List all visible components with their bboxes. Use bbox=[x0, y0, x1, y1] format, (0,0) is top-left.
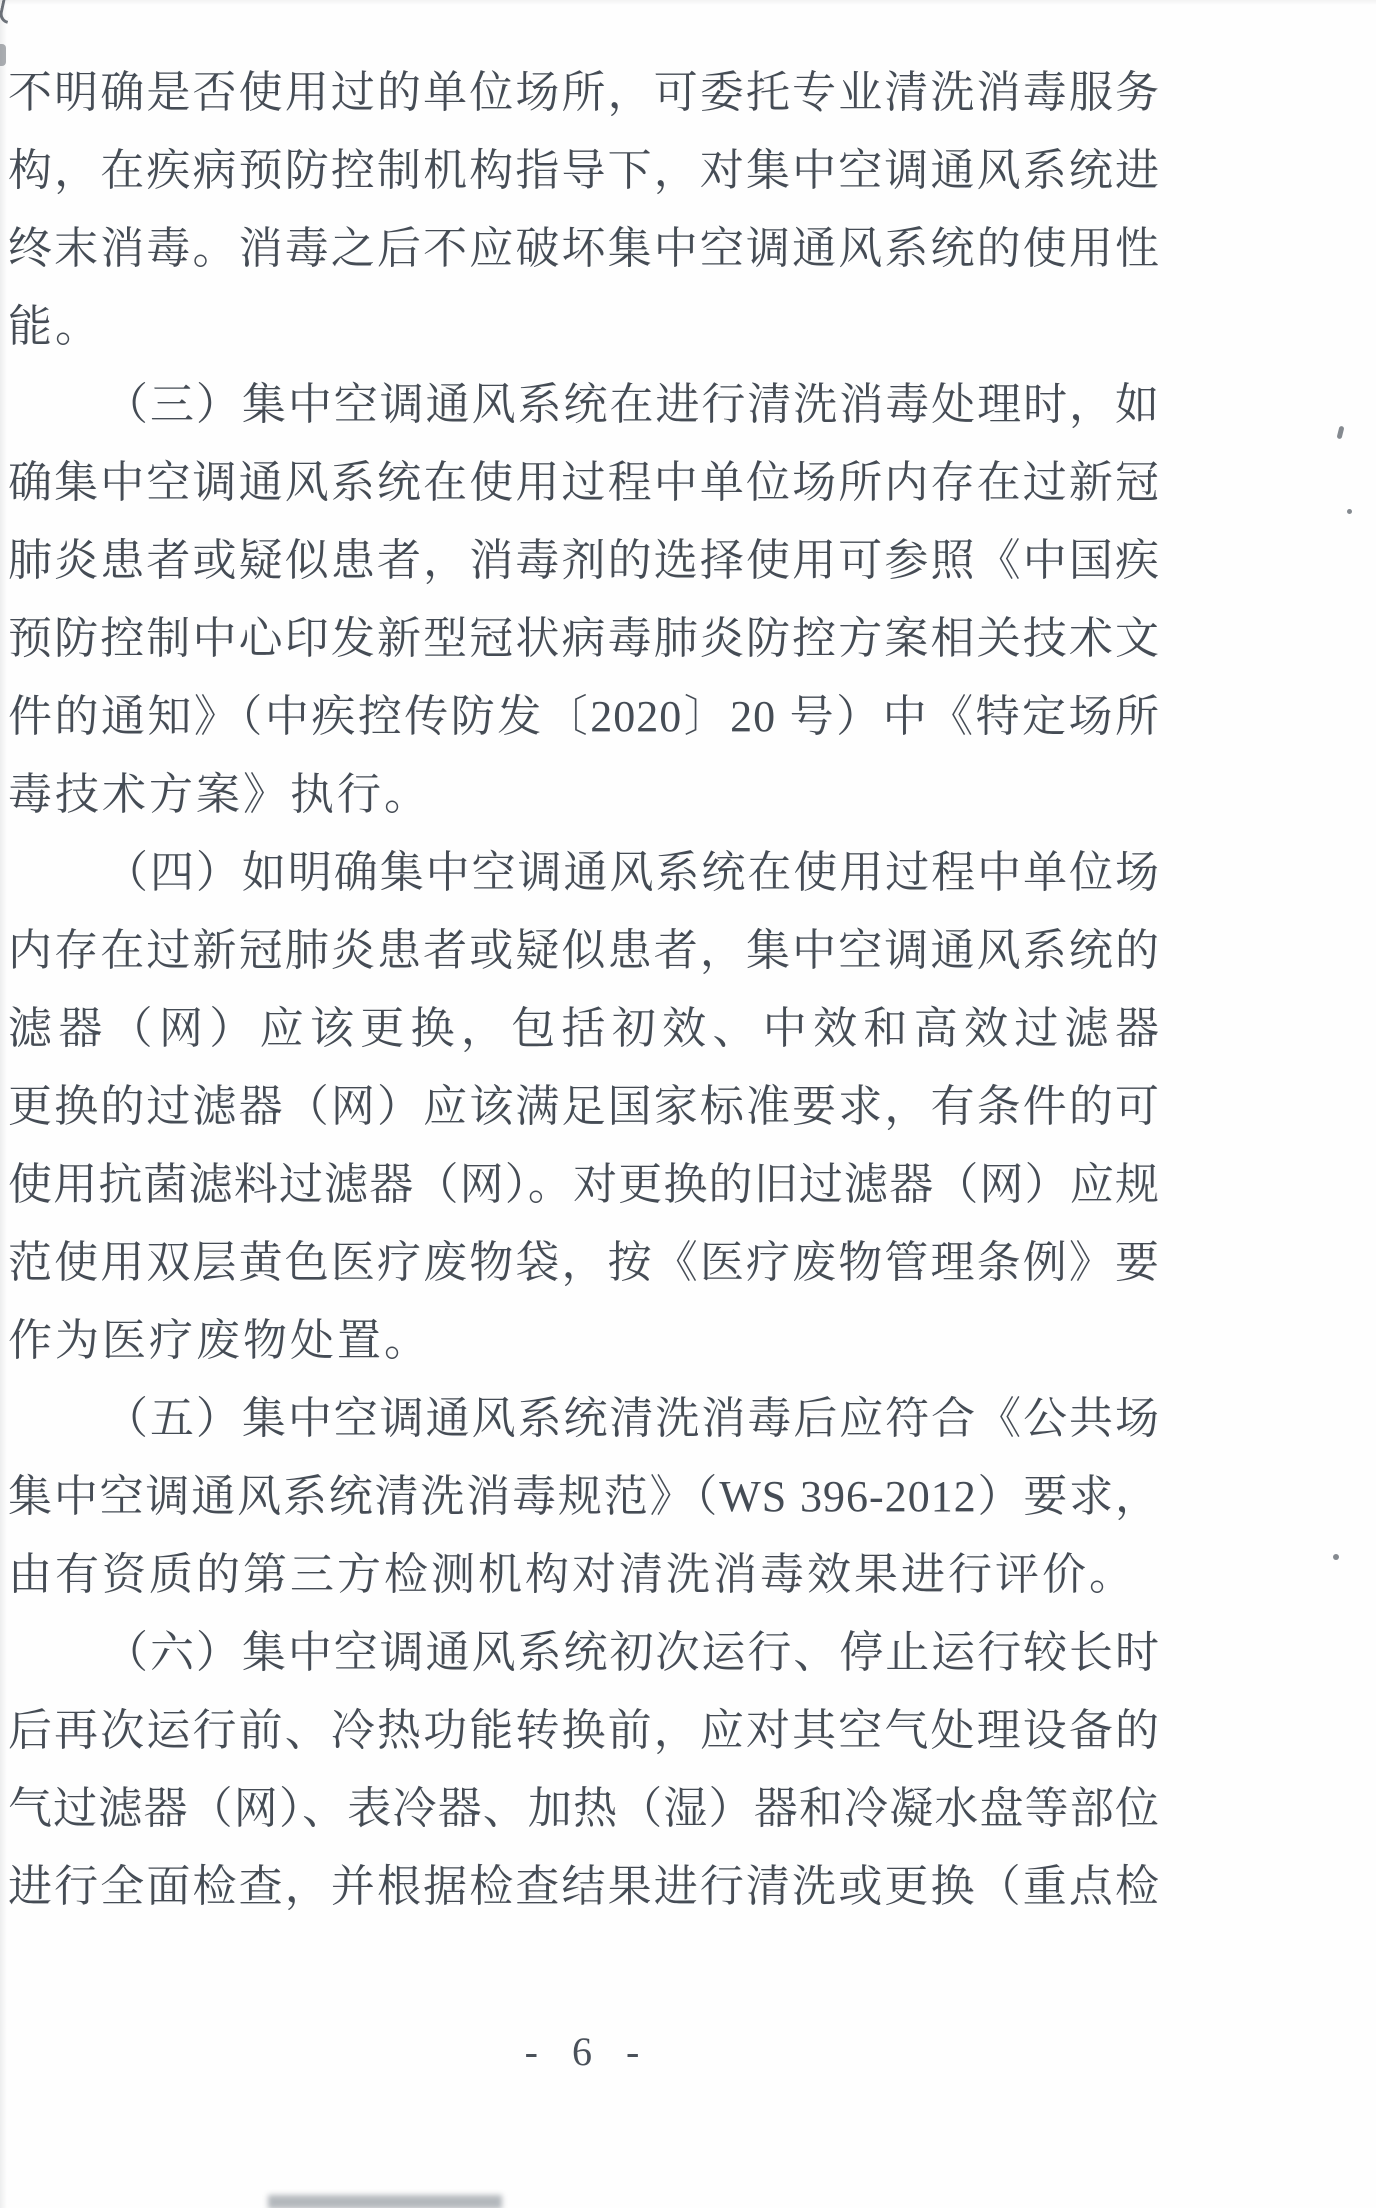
text-line: 作为医疗废物处置。 bbox=[8, 1302, 1160, 1380]
text-line: 件的通知》（中疾控传防发〔2020〕20 号）中《特定场所消 bbox=[8, 678, 1160, 756]
scan-edge-shadow-top bbox=[0, 0, 1376, 5]
scan-edge-mark bbox=[0, 44, 6, 66]
text-line-section-6-start: （六）集中空调通风系统初次运行、停止运行较长时间 bbox=[8, 1614, 1160, 1692]
scan-smudge bbox=[268, 2195, 502, 2208]
text-line: 集中空调通风系统清洗消毒规范》（WS 396-2012）要求，可 bbox=[8, 1458, 1160, 1536]
scan-edge-shadow-left bbox=[0, 0, 7, 2208]
text-line-section-3-start: （三）集中空调通风系统在进行清洗消毒处理时，如明 bbox=[8, 366, 1160, 444]
text-line: 能。 bbox=[8, 288, 1160, 366]
text-line: 构，在疾病预防控制机构指导下，对集中空调通风系统进行 bbox=[8, 132, 1160, 210]
text-line: 更换的过滤器（网）应该满足国家标准要求，有条件的可以 bbox=[8, 1068, 1160, 1146]
text-line: 滤器（网）应该更换，包括初效、中效和高效过滤器（网）。 bbox=[8, 990, 1160, 1068]
text-line: 由有资质的第三方检测机构对清洗消毒效果进行评价。 bbox=[8, 1536, 1160, 1614]
scanned-document-page: 不明确是否使用过的单位场所，可委托专业清洗消毒服务机 构，在疾病预防控制机构指导… bbox=[0, 0, 1376, 2208]
text-line: 毒技术方案》执行。 bbox=[8, 756, 1160, 834]
scan-speck-hook bbox=[0, 0, 12, 24]
scan-speck bbox=[1333, 1554, 1339, 1560]
text-line: 确集中空调通风系统在使用过程中单位场所内存在过新冠 bbox=[8, 444, 1160, 522]
text-line: 终末消毒。消毒之后不应破坏集中空调通风系统的使用性 bbox=[8, 210, 1160, 288]
text-line-section-4-start: （四）如明确集中空调通风系统在使用过程中单位场所 bbox=[8, 834, 1160, 912]
text-line: 进行全面检查，并根据检查结果进行清洗或更换（重点检查 bbox=[8, 1848, 1160, 1926]
text-line: 气过滤器（网）、表冷器、加热（湿）器和冷凝水盘等部位 bbox=[8, 1770, 1160, 1848]
text-line: 不明确是否使用过的单位场所，可委托专业清洗消毒服务机 bbox=[8, 54, 1160, 132]
scan-speck bbox=[1337, 426, 1345, 440]
text-line: 预防控制中心印发新型冠状病毒肺炎防控方案相关技术文 bbox=[8, 600, 1160, 678]
text-line: 范使用双层黄色医疗废物袋，按《医疗废物管理条例》要求 bbox=[8, 1224, 1160, 1302]
scan-speck bbox=[1347, 509, 1352, 514]
text-line: 使用抗菌滤料过滤器（网）。对更换的旧过滤器（网）应规 bbox=[8, 1146, 1160, 1224]
page-number: - 6 - bbox=[8, 2028, 1160, 2075]
text-line: 内存在过新冠肺炎患者或疑似患者，集中空调通风系统的过 bbox=[8, 912, 1160, 990]
text-line: 后再次运行前、冷热功能转换前，应对其空气处理设备的空 bbox=[8, 1692, 1160, 1770]
text-line: 肺炎患者或疑似患者，消毒剂的选择使用可参照《中国疾病 bbox=[8, 522, 1160, 600]
document-body: 不明确是否使用过的单位场所，可委托专业清洗消毒服务机 构，在疾病预防控制机构指导… bbox=[8, 54, 1160, 1926]
text-line-section-5-start: （五）集中空调通风系统清洗消毒后应符合《公共场所 bbox=[8, 1380, 1160, 1458]
